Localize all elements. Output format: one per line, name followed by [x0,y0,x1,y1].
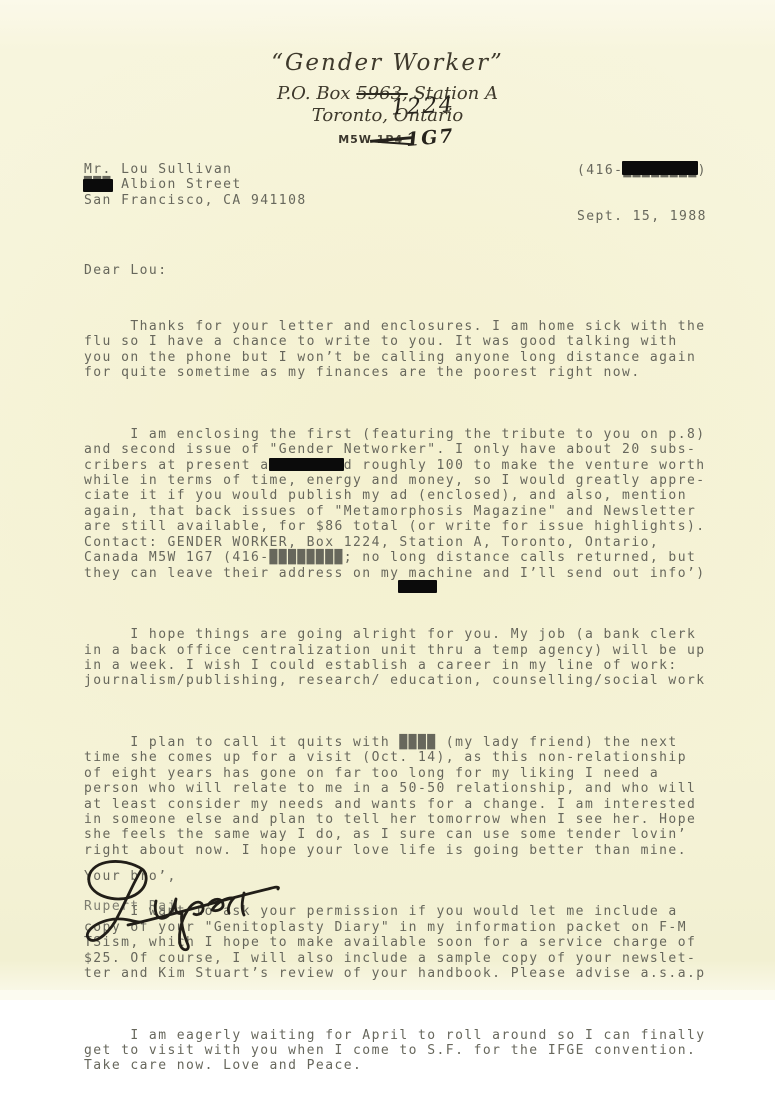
salutation: Dear Lou: [84,263,706,278]
letterhead-city-line: Toronto, Ontario [0,105,775,127]
redaction-box-phone-body [269,458,344,471]
redaction-box-phone-top [622,161,698,175]
letterhead-title: “Gender Worker” [0,50,775,77]
paragraph-2: I am enclosing the first (featuring the … [84,427,706,581]
letterhead-postal-line: M5W 1P41G7 [18,127,775,150]
postal-old-code-scribbled: 1P4 [377,130,403,150]
po-box-prefix: P.O. Box [277,83,356,104]
letter-date: Sept. 15, 1988 [577,209,707,224]
redaction-box-street-number [83,179,113,192]
paragraph-1: Thanks for your letter and enclosures. I… [84,319,706,381]
postal-new-code-handwritten: 1G7 [405,126,455,150]
letter-page: “Gender Worker” P.O. Box 5963, Station A… [0,0,775,1000]
redaction-box-friend-name [398,580,437,593]
handwritten-signature-scrawl [72,853,312,957]
letterhead: “Gender Worker” P.O. Box 5963, Station A… [0,50,775,150]
recipient-address-block: Mr. Lou Sullivan ███ Albion Street San F… [84,162,307,208]
paragraph-4: I plan to call it quits with ████ (my la… [84,735,706,858]
letterhead-po-box-line: P.O. Box 5963, Station A [0,83,775,105]
po-box-new-number-handwritten: 1224 [390,92,455,120]
paragraph-3: I hope things are going alright for you.… [84,627,706,689]
